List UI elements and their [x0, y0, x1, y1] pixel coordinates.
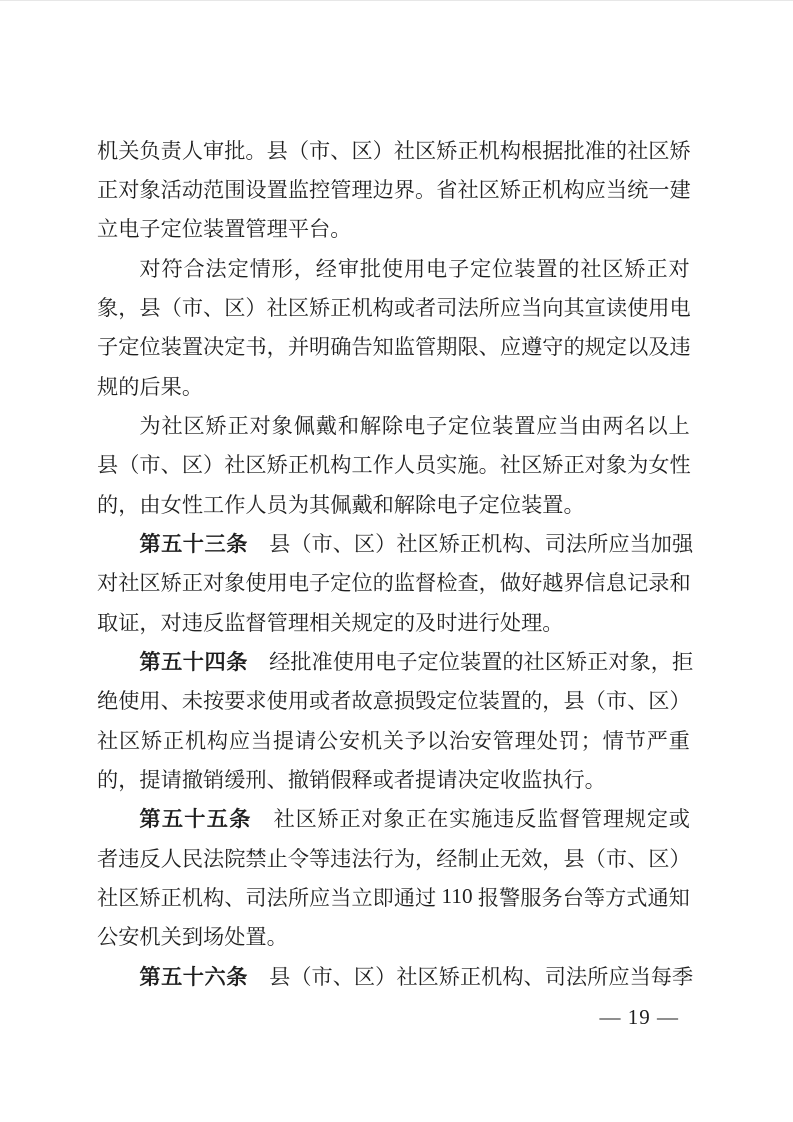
text-line: 社区矫正机构、司法所应当立即通过 110 报警服务台等方式通知 [97, 877, 690, 916]
text-line: 的，提请撤销缓刑、撤销假释或者提请决定收监执行。 [97, 759, 690, 798]
text-line: 立电子定位装置管理平台。 [97, 209, 690, 248]
text-line: 规的后果。 [97, 366, 690, 405]
text-line: 为社区矫正对象佩戴和解除电子定位装置应当由两名以上 [139, 405, 690, 444]
text-line: 象，县（市、区）社区矫正机构或者司法所应当向其宣读使用电 [97, 287, 690, 326]
text-line: 者违反人民法院禁止令等违法行为，经制止无效，县（市、区） [97, 838, 690, 877]
text-line: 机关负责人审批。县（市、区）社区矫正机构根据批准的社区矫 [97, 130, 690, 169]
text-line: 绝使用、未按要求使用或者故意损毁定位装置的，县（市、区） [97, 681, 690, 720]
text-line: 正对象活动范围设置监控管理边界。省社区矫正机构应当统一建 [97, 169, 690, 208]
text-line: 对符合法定情形，经审批使用电子定位装置的社区矫正对 [139, 248, 690, 287]
document-body: 机关负责人审批。县（市、区）社区矫正机构根据批准的社区矫正对象活动范围设置监控管… [97, 130, 690, 995]
text-line: 第五十六条 县（市、区）社区矫正机构、司法所应当每季 [139, 956, 690, 995]
text-line: 第五十五条 社区矫正对象正在实施违反监督管理规定或 [139, 799, 690, 838]
text-line: 社区矫正机构应当提请公安机关予以治安管理处罚；情节严重 [97, 720, 690, 759]
document-page: 机关负责人审批。县（市、区）社区矫正机构根据批准的社区矫正对象活动范围设置监控管… [0, 0, 793, 1122]
text-line: 第五十三条 县（市、区）社区矫正机构、司法所应当加强 [139, 523, 690, 562]
text-line: 取证，对违反监督管理相关规定的及时进行处理。 [97, 602, 690, 641]
text-line: 的，由女性工作人员为其佩戴和解除电子定位装置。 [97, 484, 690, 523]
scan-edge-line [0, 0, 793, 1]
text-line: 子定位装置决定书，并明确告知监管期限、应遵守的规定以及违 [97, 327, 690, 366]
text-line: 第五十四条 经批准使用电子定位装置的社区矫正对象，拒 [139, 641, 690, 680]
text-line: 对社区矫正对象使用电子定位的监督检查，做好越界信息记录和 [97, 563, 690, 602]
text-line: 公安机关到场处置。 [97, 917, 690, 956]
page-number: — 19 — [600, 1002, 680, 1032]
text-line: 县（市、区）社区矫正机构工作人员实施。社区矫正对象为女性 [97, 445, 690, 484]
